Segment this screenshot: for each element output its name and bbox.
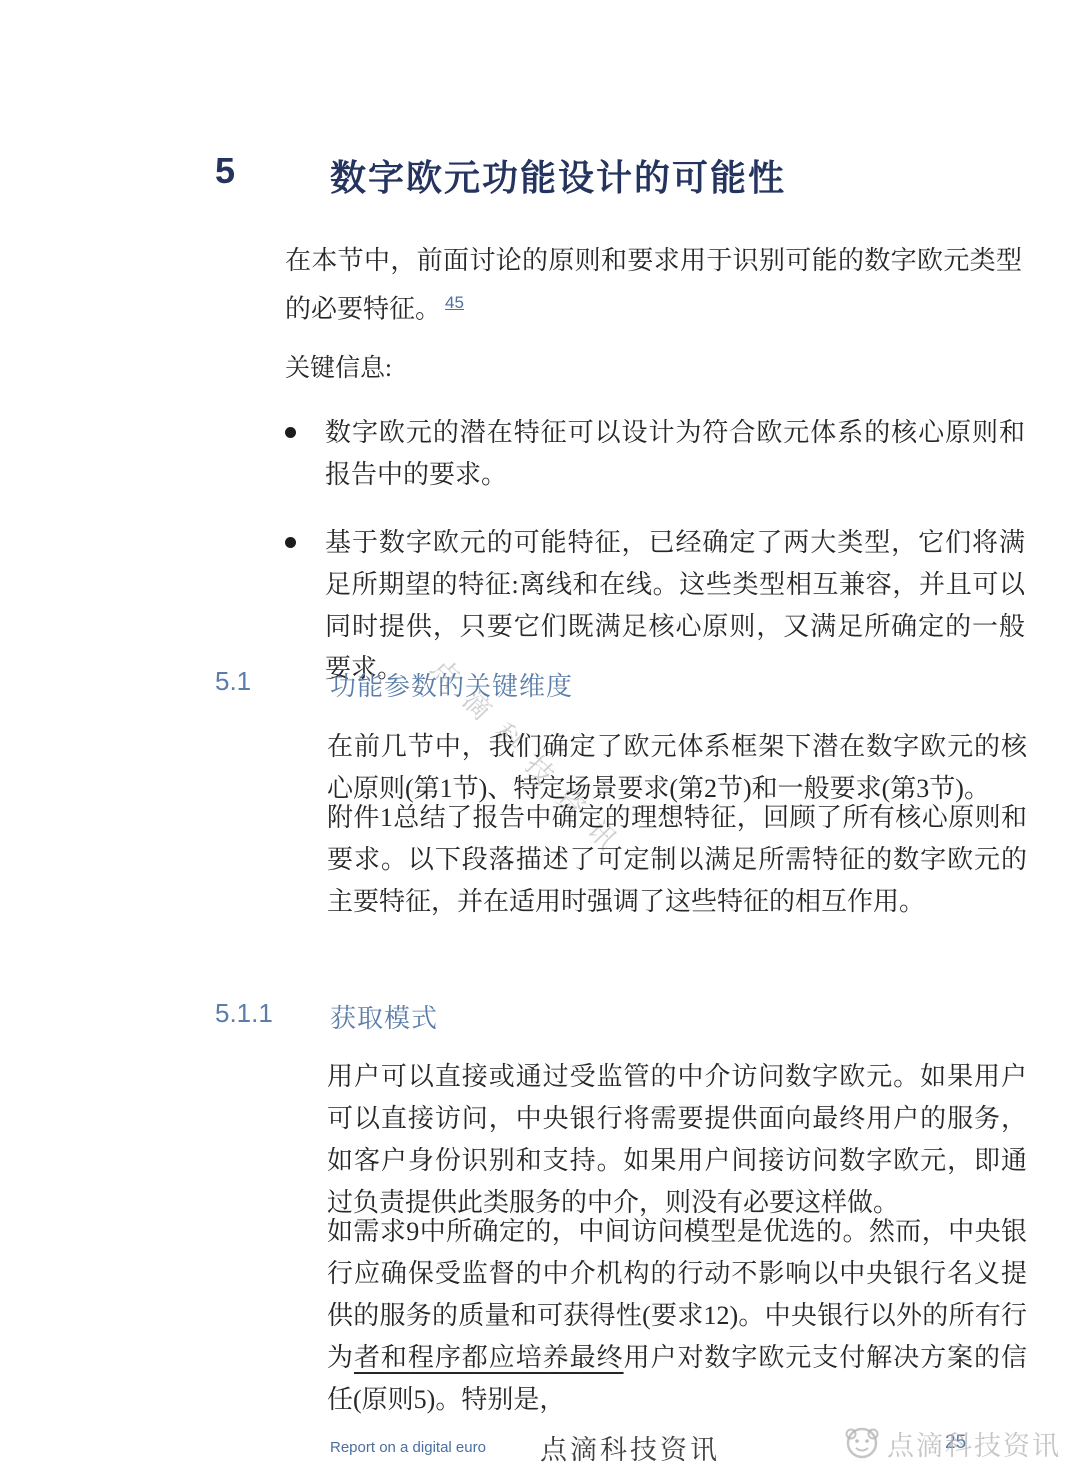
section-title: 数字欧元功能设计的可能性 xyxy=(330,150,786,201)
brand-logo-icon xyxy=(843,1424,881,1467)
section-heading: 5 数字欧元功能设计的可能性 xyxy=(215,150,786,201)
footer-brand-watermark: 25 点滴科技资讯 xyxy=(843,1420,1073,1466)
list-item: 基于数字欧元的可能特征，已经确定了两大类型，它们将满足所期望的特征:离线和在线。… xyxy=(285,522,1025,690)
paragraph: 如需求9中所确定的，中间访问模型是优选的。然而，中央银行应确保受监督的中介机构的… xyxy=(327,1211,1027,1421)
subsection-title: 功能参数的关键维度 xyxy=(330,666,573,703)
subsection-title: 获取模式 xyxy=(330,998,438,1035)
subsection-number: 5.1.1 xyxy=(215,998,330,1035)
subsection-heading-51: 5.1 功能参数的关键维度 xyxy=(215,666,573,703)
key-info-label: 关键信息: xyxy=(285,348,392,384)
intro-text: 在本节中，前面讨论的原则和要求用于识别可能的数字欧元类型的必要特征。 xyxy=(285,246,1022,324)
subsection-number: 5.1 xyxy=(215,666,330,703)
bullet-text: 数字欧元的潜在特征可以设计为符合欧元体系的核心原则和报告中的要求。 xyxy=(325,412,1025,496)
underlined-segment: 者和程序都应培养最终 xyxy=(354,1343,624,1372)
section-number: 5 xyxy=(215,150,330,201)
footnote-link[interactable]: 45 xyxy=(445,293,464,312)
footer-watermark-text: 点滴科技资讯 xyxy=(887,1424,1061,1463)
bullet-text: 基于数字欧元的可能特征，已经确定了两大类型，它们将满足所期望的特征:离线和在线。… xyxy=(325,522,1025,690)
paragraph: 附件1总结了报告中确定的理想特征，回顾了所有核心原则和要求。以下段落描述了可定制… xyxy=(327,797,1027,923)
footer-brand-text: 点滴科技资讯 xyxy=(540,1428,720,1467)
paragraph: 用户可以直接或通过受监管的中介访问数字欧元。如果用户可以直接访问，中央银行将需要… xyxy=(327,1056,1027,1224)
subsection-heading-511: 5.1.1 获取模式 xyxy=(215,998,438,1035)
subsection-51-body: 在前几节中，我们确定了欧元体系框架下潜在数字欧元的核心原则(第1节)、特定场景要… xyxy=(327,726,1027,923)
list-item: 数字欧元的潜在特征可以设计为符合欧元体系的核心原则和报告中的要求。 xyxy=(285,412,1025,496)
bullet-icon xyxy=(285,522,325,690)
bullet-icon xyxy=(285,412,325,496)
subsection-511-body: 用户可以直接或通过受监管的中介访问数字欧元。如果用户可以直接访问，中央银行将需要… xyxy=(327,1056,1027,1421)
footer-report-title: Report on a digital euro xyxy=(330,1439,486,1456)
intro-paragraph: 在本节中，前面讨论的原则和要求用于识别可能的数字欧元类型的必要特征。45 xyxy=(285,240,1022,331)
document-page: 点滴科技资讯 5 数字欧元功能设计的可能性 在本节中，前面讨论的原则和要求用于识… xyxy=(0,0,1080,1468)
